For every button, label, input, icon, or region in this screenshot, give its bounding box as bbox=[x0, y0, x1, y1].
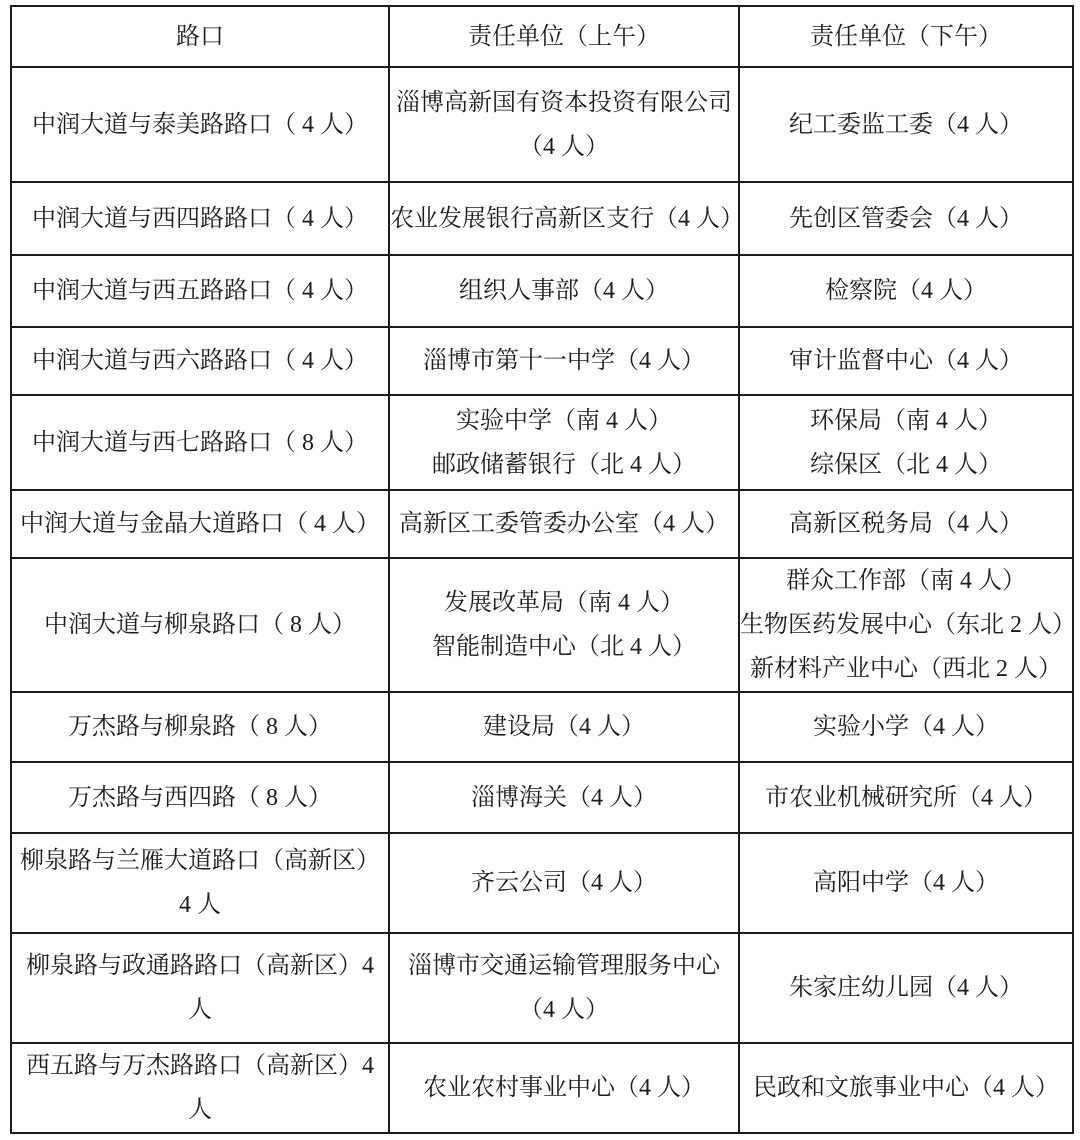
cell-line: 建设局（4 人） bbox=[390, 705, 738, 749]
table-row: 中润大道与西六路路口（ 4 人） 淄博市第十一中学（4 人） 审计监督中心（4 … bbox=[11, 327, 1073, 395]
cell-line: 组织人事部（4 人） bbox=[390, 269, 738, 313]
cell-line: 中润大道与金晶大道路口（ 4 人） bbox=[12, 502, 388, 546]
cell-line: 中润大道与柳泉路口（ 8 人） bbox=[12, 603, 388, 647]
cell-line: 中润大道与西七路路口（ 8 人） bbox=[12, 421, 388, 465]
cell-intersection: 中润大道与柳泉路口（ 8 人） bbox=[11, 558, 389, 692]
cell-line: 检察院（4 人） bbox=[740, 269, 1072, 313]
cell-morning: 淄博高新国有资本投资有限公司 （4 人） bbox=[389, 67, 739, 182]
cell-intersection: 西五路与万杰路路口（高新区）4 人 bbox=[11, 1043, 389, 1133]
table-row: 柳泉路与政通路路口（高新区）4 人 淄博市交通运输管理服务中心 （4 人） 朱家… bbox=[11, 933, 1073, 1043]
cell-line: 万杰路与柳泉路（ 8 人） bbox=[12, 705, 388, 749]
col-header-intersection: 路口 bbox=[11, 6, 389, 67]
cell-line: 淄博海关（4 人） bbox=[390, 776, 738, 820]
cell-line: 农业发展银行高新区支行（4 人） bbox=[390, 197, 738, 241]
cell-intersection: 万杰路与西四路（ 8 人） bbox=[11, 762, 389, 833]
cell-line: 新材料产业中心（西北 2 人） bbox=[740, 647, 1072, 691]
cell-line: 实验中学（南 4 人） bbox=[390, 399, 738, 443]
cell-line: 群众工作部（南 4 人） bbox=[740, 559, 1072, 603]
table-row: 中润大道与西四路路口（ 4 人） 农业发展银行高新区支行（4 人） 先创区管委会… bbox=[11, 182, 1073, 255]
cell-line: 淄博市交通运输管理服务中心 bbox=[390, 944, 738, 988]
cell-intersection: 中润大道与西六路路口（ 4 人） bbox=[11, 327, 389, 395]
col-header-afternoon: 责任单位（下午） bbox=[739, 6, 1073, 67]
cell-morning: 高新区工委管委办公室（4 人） bbox=[389, 490, 739, 558]
cell-morning: 农业农村事业中心（4 人） bbox=[389, 1043, 739, 1133]
cell-line: 西五路与万杰路路口（高新区）4 bbox=[12, 1044, 388, 1088]
cell-morning: 组织人事部（4 人） bbox=[389, 255, 739, 327]
cell-afternoon: 民政和文旅事业中心（4 人） bbox=[739, 1043, 1073, 1133]
cell-morning: 齐云公司（4 人） bbox=[389, 833, 739, 933]
table-row: 中润大道与金晶大道路口（ 4 人） 高新区工委管委办公室（4 人） 高新区税务局… bbox=[11, 490, 1073, 558]
cell-intersection: 中润大道与西七路路口（ 8 人） bbox=[11, 395, 389, 490]
cell-intersection: 中润大道与西四路路口（ 4 人） bbox=[11, 182, 389, 255]
cell-line: 高阳中学（4 人） bbox=[740, 861, 1072, 905]
table-row: 西五路与万杰路路口（高新区）4 人 农业农村事业中心（4 人） 民政和文旅事业中… bbox=[11, 1043, 1073, 1133]
cell-line: 4 人 bbox=[12, 883, 388, 927]
table-row: 柳泉路与兰雁大道路口（高新区） 4 人 齐云公司（4 人） 高阳中学（4 人） bbox=[11, 833, 1073, 933]
cell-line: 高新区工委管委办公室（4 人） bbox=[390, 502, 738, 546]
table-row: 中润大道与柳泉路口（ 8 人） 发展改革局（南 4 人） 智能制造中心（北 4 … bbox=[11, 558, 1073, 692]
cell-line: 审计监督中心（4 人） bbox=[740, 339, 1072, 383]
cell-line: 中润大道与西六路路口（ 4 人） bbox=[12, 339, 388, 383]
table-row: 万杰路与柳泉路（ 8 人） 建设局（4 人） 实验小学（4 人） bbox=[11, 692, 1073, 762]
table-row: 中润大道与西五路路口（ 4 人） 组织人事部（4 人） 检察院（4 人） bbox=[11, 255, 1073, 327]
cell-afternoon: 实验小学（4 人） bbox=[739, 692, 1073, 762]
cell-line: 环保局（南 4 人） bbox=[740, 399, 1072, 443]
header-label: 路口 bbox=[12, 15, 388, 59]
cell-line: 中润大道与西五路路口（ 4 人） bbox=[12, 269, 388, 313]
table-row: 中润大道与泰美路路口（ 4 人） 淄博高新国有资本投资有限公司 （4 人） 纪工… bbox=[11, 67, 1073, 182]
cell-line: 高新区税务局（4 人） bbox=[740, 502, 1072, 546]
cell-line: 人 bbox=[12, 988, 388, 1032]
cell-afternoon: 朱家庄幼儿园（4 人） bbox=[739, 933, 1073, 1043]
header-label: 责任单位（上午） bbox=[390, 15, 738, 59]
cell-afternoon: 纪工委监工委（4 人） bbox=[739, 67, 1073, 182]
cell-line: 邮政储蓄银行（北 4 人） bbox=[390, 443, 738, 487]
cell-line: 先创区管委会（4 人） bbox=[740, 197, 1072, 241]
cell-line: 淄博高新国有资本投资有限公司 bbox=[390, 81, 738, 125]
cell-line: 农业农村事业中心（4 人） bbox=[390, 1066, 738, 1110]
cell-line: 生物医药发展中心（东北 2 人） bbox=[740, 603, 1072, 647]
cell-morning: 发展改革局（南 4 人） 智能制造中心（北 4 人） bbox=[389, 558, 739, 692]
cell-afternoon: 审计监督中心（4 人） bbox=[739, 327, 1073, 395]
cell-line: 综保区（北 4 人） bbox=[740, 443, 1072, 487]
cell-afternoon: 群众工作部（南 4 人） 生物医药发展中心（东北 2 人） 新材料产业中心（西北… bbox=[739, 558, 1073, 692]
table-row: 万杰路与西四路（ 8 人） 淄博海关（4 人） 市农业机械研究所（4 人） bbox=[11, 762, 1073, 833]
cell-afternoon: 市农业机械研究所（4 人） bbox=[739, 762, 1073, 833]
table-row: 中润大道与西七路路口（ 8 人） 实验中学（南 4 人） 邮政储蓄银行（北 4 … bbox=[11, 395, 1073, 490]
cell-intersection: 中润大道与西五路路口（ 4 人） bbox=[11, 255, 389, 327]
cell-morning: 实验中学（南 4 人） 邮政储蓄银行（北 4 人） bbox=[389, 395, 739, 490]
header-row: 路口 责任单位（上午） 责任单位（下午） bbox=[11, 6, 1073, 67]
cell-line: 朱家庄幼儿园（4 人） bbox=[740, 966, 1072, 1010]
cell-line: 发展改革局（南 4 人） bbox=[390, 581, 738, 625]
cell-line: 中润大道与泰美路路口（ 4 人） bbox=[12, 103, 388, 147]
cell-morning: 淄博市交通运输管理服务中心 （4 人） bbox=[389, 933, 739, 1043]
cell-line: 柳泉路与政通路路口（高新区）4 bbox=[12, 944, 388, 988]
cell-afternoon: 检察院（4 人） bbox=[739, 255, 1073, 327]
cell-morning: 淄博市第十一中学（4 人） bbox=[389, 327, 739, 395]
cell-intersection: 中润大道与金晶大道路口（ 4 人） bbox=[11, 490, 389, 558]
header-label: 责任单位（下午） bbox=[740, 15, 1072, 59]
cell-intersection: 柳泉路与兰雁大道路口（高新区） 4 人 bbox=[11, 833, 389, 933]
cell-line: 智能制造中心（北 4 人） bbox=[390, 625, 738, 669]
cell-line: 柳泉路与兰雁大道路口（高新区） bbox=[12, 839, 388, 883]
cell-line: 齐云公司（4 人） bbox=[390, 861, 738, 905]
cell-line: 实验小学（4 人） bbox=[740, 705, 1072, 749]
cell-line: 市农业机械研究所（4 人） bbox=[740, 776, 1072, 820]
cell-line: 纪工委监工委（4 人） bbox=[740, 103, 1072, 147]
cell-afternoon: 先创区管委会（4 人） bbox=[739, 182, 1073, 255]
cell-line: 万杰路与西四路（ 8 人） bbox=[12, 776, 388, 820]
cell-afternoon: 高新区税务局（4 人） bbox=[739, 490, 1073, 558]
cell-morning: 农业发展银行高新区支行（4 人） bbox=[389, 182, 739, 255]
cell-intersection: 中润大道与泰美路路口（ 4 人） bbox=[11, 67, 389, 182]
col-header-morning: 责任单位（上午） bbox=[389, 6, 739, 67]
cell-morning: 淄博海关（4 人） bbox=[389, 762, 739, 833]
cell-line: 人 bbox=[12, 1088, 388, 1132]
cell-line: 淄博市第十一中学（4 人） bbox=[390, 339, 738, 383]
cell-afternoon: 高阳中学（4 人） bbox=[739, 833, 1073, 933]
cell-afternoon: 环保局（南 4 人） 综保区（北 4 人） bbox=[739, 395, 1073, 490]
cell-line: （4 人） bbox=[390, 125, 738, 169]
cell-intersection: 柳泉路与政通路路口（高新区）4 人 bbox=[11, 933, 389, 1043]
cell-morning: 建设局（4 人） bbox=[389, 692, 739, 762]
cell-intersection: 万杰路与柳泉路（ 8 人） bbox=[11, 692, 389, 762]
cell-line: 民政和文旅事业中心（4 人） bbox=[740, 1066, 1072, 1110]
cell-line: （4 人） bbox=[390, 988, 738, 1032]
cell-line: 中润大道与西四路路口（ 4 人） bbox=[12, 197, 388, 241]
duty-roster-table: 路口 责任单位（上午） 责任单位（下午） 中润大道与泰美路路口（ 4 人） 淄博… bbox=[10, 5, 1074, 1134]
